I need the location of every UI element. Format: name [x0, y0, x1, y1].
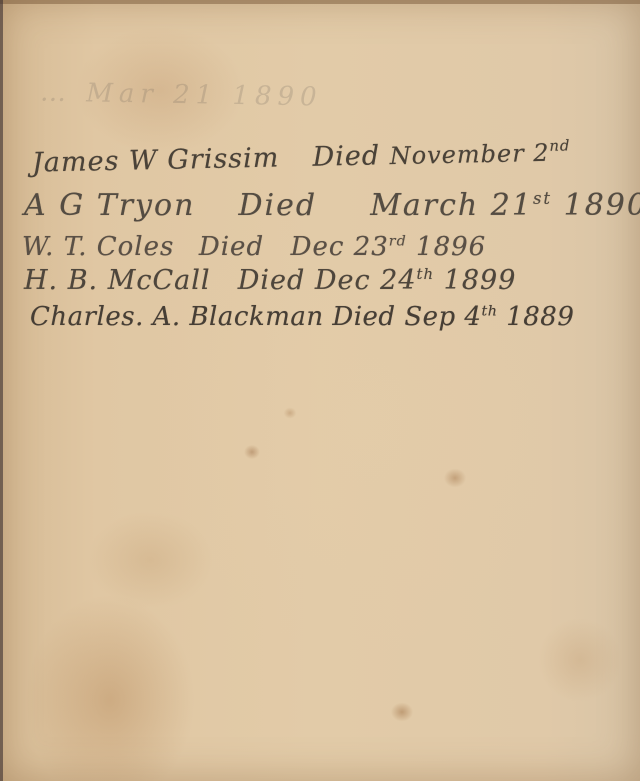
entry-line-4: H. B. McCall Died Dec 24th 1899	[24, 265, 516, 296]
entry-year: 1889	[506, 302, 574, 332]
entry-died-label: Died	[312, 140, 380, 172]
entry-died-label: Died	[238, 188, 317, 223]
document-page: … Mar 21 1890 James W Grissim Died Novem…	[0, 0, 640, 781]
entry-year: 1890	[564, 188, 640, 223]
entry-died-label: Died	[199, 232, 264, 262]
entry-ordinal: st	[533, 189, 552, 208]
entry-line-3: W. T. Coles Died Dec 23rd 1896	[22, 232, 486, 262]
entry-name: James W Grissim	[32, 142, 280, 178]
entry-died-label: Died	[238, 265, 306, 296]
entry-ordinal: rd	[389, 233, 407, 249]
entry-date: Dec 23	[291, 232, 389, 262]
entry-line-5: Charles. A. Blackman Died Sep 4th 1889	[30, 302, 574, 332]
entry-year: 1896	[416, 232, 486, 262]
faded-ghost-line: … Mar 21 1890	[40, 78, 323, 113]
entry-date: Sep 4	[404, 302, 481, 332]
entry-died-label: Died	[332, 302, 395, 332]
entry-date: March 21	[370, 188, 533, 223]
entry-line-2: A G Tryon Died March 21st 1890	[24, 188, 640, 223]
page-edge-top	[0, 0, 640, 4]
page-edge-left	[0, 0, 3, 781]
entry-ordinal: th	[481, 303, 497, 319]
entry-name: Charles. A. Blackman	[30, 302, 324, 332]
entry-name: H. B. McCall	[24, 265, 211, 296]
entry-line-1: James W Grissim Died November 2nd 1881	[32, 136, 571, 178]
entry-year: 1899	[444, 265, 517, 296]
entry-name: W. T. Coles	[22, 232, 174, 262]
entry-ordinal: nd	[549, 136, 570, 154]
entry-ordinal: th	[417, 265, 435, 283]
entry-name: A G Tryon	[24, 188, 195, 223]
entry-date: Dec 24	[315, 265, 417, 296]
entry-date: November 2	[389, 139, 549, 170]
